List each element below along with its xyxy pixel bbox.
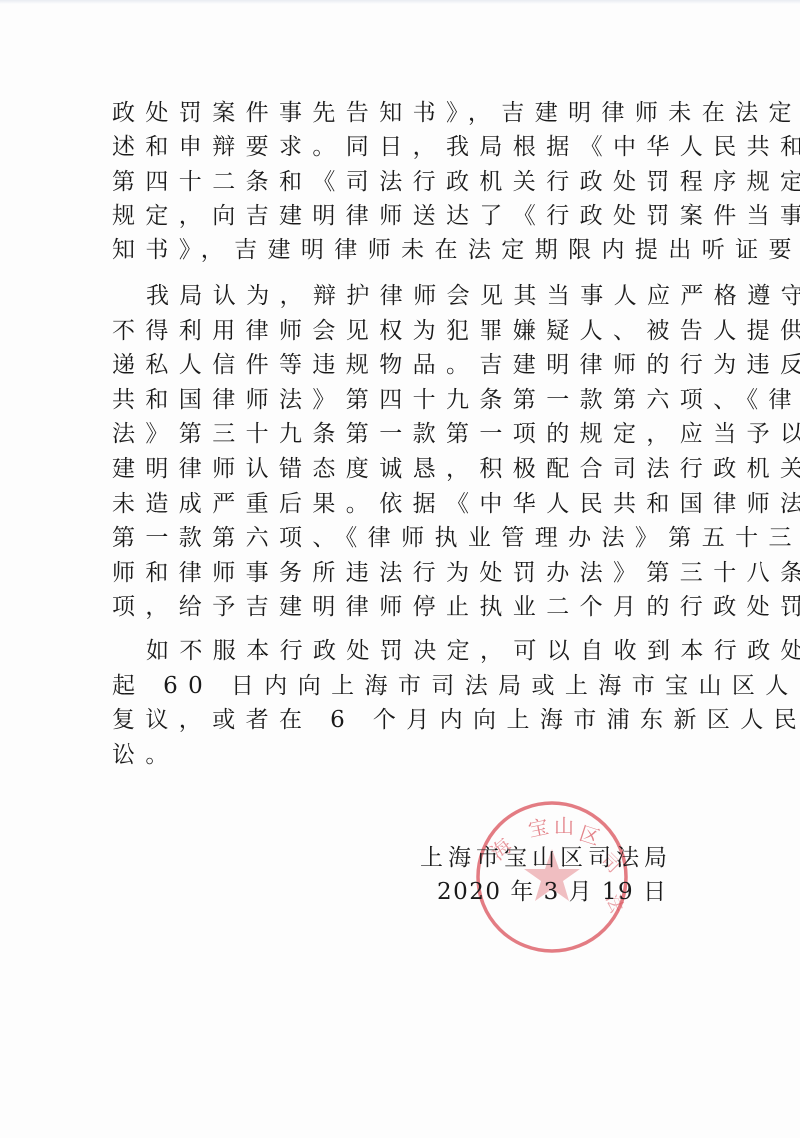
paragraph-1-line-5: 知书》，吉建明律师未在法定期限内提出听证要求。 [112,233,712,267]
document-page: 政处罚案件事先告知书》，吉建明律师未在法定期限内提出陈 述和申辩要求。同日，我局… [0,0,800,1138]
paragraph-2-line-5: 法》第三十九条第一款第一项的规定，应当予以处罚。鉴于吉 [112,417,712,451]
svg-text:宝: 宝 [526,814,551,842]
paragraph-3-line-2: 起 60 日内向上海市司法局或上海市宝山区人民政府提起行政 [112,669,712,703]
paragraph-2-line-8: 第一款第六项、《律师执业管理办法》第五十三条第二款、《律 [112,521,712,555]
issuer-name: 上海市宝山区司法局 [420,841,672,875]
paragraph-2-line-1: 我局认为，辩护律师会见其当事人应严格遵守法定程序， [146,279,746,313]
paragraph-3-line-1: 如不服本行政处罚决定，可以自收到本行政处罚决定之日 [146,634,746,668]
paragraph-1-line-2: 述和申辩要求。同日，我局根据《中华人民共和国行政处罚法》 [112,130,712,164]
paragraph-1-line-3: 第四十二条和《司法行政机关行政处罚程序规定》第十五条的 [112,165,712,199]
paragraph-3-line-4: 讼。 [112,738,712,772]
issue-date: 2020 年 3 月 19 日 [437,875,668,909]
paragraph-1-line-4: 规定，向吉建明律师送达了《行政处罚案件当事人听证权利告 [112,199,712,233]
paragraph-2-line-4: 共和国律师法》第四十九条第一款第六项、《律师执业管理办 [112,383,712,417]
paragraph-2-line-7: 未造成严重后果。依据《中华人民共和国律师法》第四十九条 [112,487,712,521]
paragraph-2-line-10: 项，给予吉建明律师停止执业二个月的行政处罚。 [112,590,712,624]
scan-edge [0,0,800,4]
paragraph-1-line-1: 政处罚案件事先告知书》，吉建明律师未在法定期限内提出陈 [112,96,712,130]
paragraph-2-line-9: 师和律师事务所违法行为处罚办法》第三十八条第一款第二 [112,556,712,590]
paragraph-2-line-2: 不得利用律师会见权为犯罪嫌疑人、被告人提供串供讯息或传 [112,314,712,348]
paragraph-2-line-6: 建明律师认错态度诚恳，积极配合司法行政机关调查处理，且 [112,452,712,486]
svg-text:山: 山 [554,814,574,838]
paragraph-3-line-3: 复议，或者在 6 个月内向上海市浦东新区人民法院提起行政诉 [112,703,712,737]
paragraph-2-line-3: 递私人信件等违规物品。吉建明律师的行为违反了《中华人民 [112,348,712,382]
